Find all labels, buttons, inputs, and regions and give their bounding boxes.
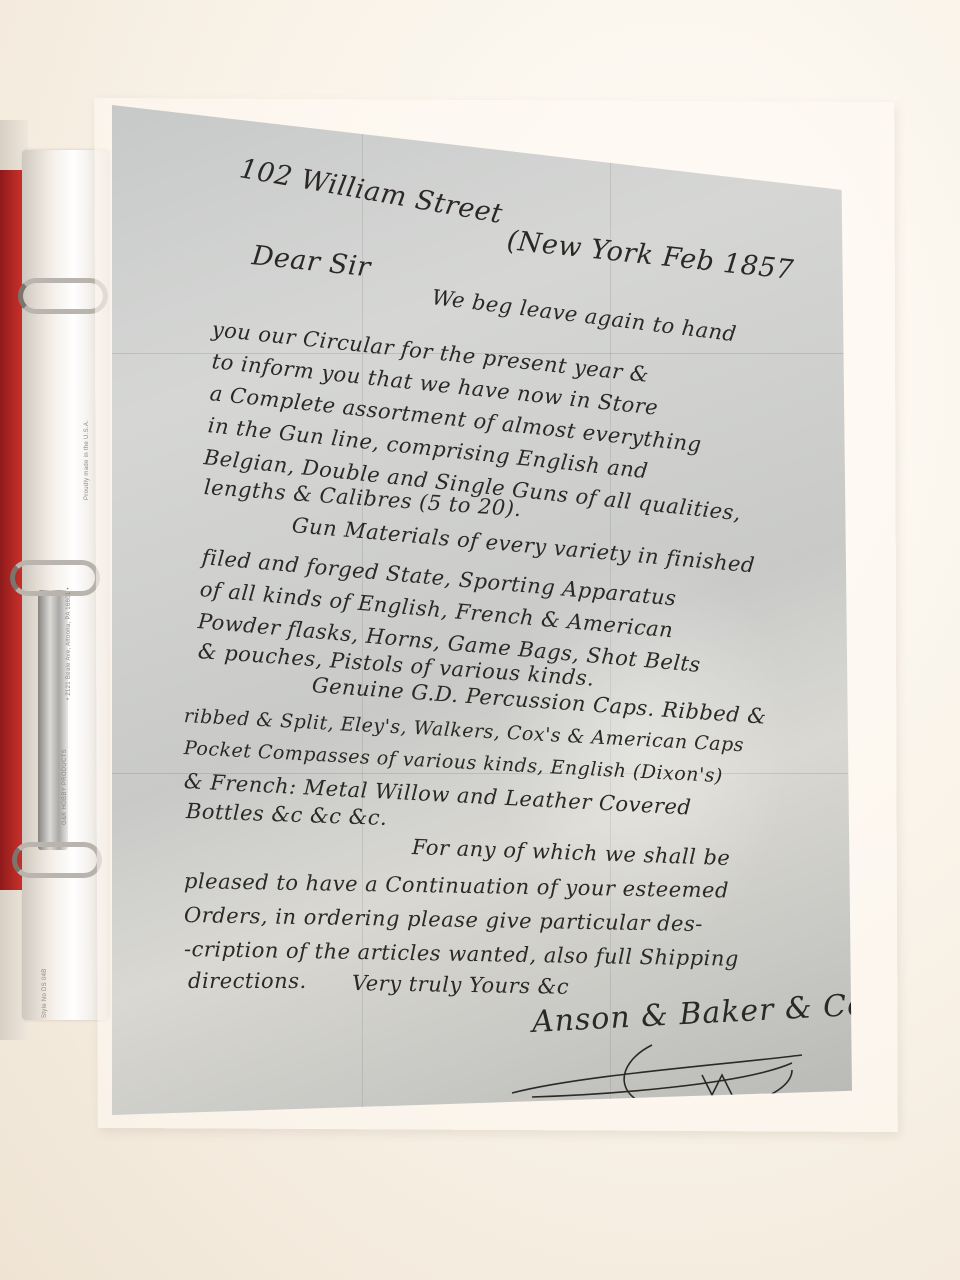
binder-ring-middle-icon[interactable] — [10, 560, 100, 596]
letter-address-line: 102 William Street — [237, 153, 505, 230]
letter-closing: Very truly Yours &c — [352, 971, 570, 999]
spine-made-in-label: Proudly made in the U.S.A. — [84, 420, 90, 500]
spine-style-label: Style No DS 04B — [42, 968, 48, 1018]
handwritten-letter: 102 William Street (New York Feb 1857 De… — [112, 105, 852, 1115]
spine-address-label: • 2121 Beale Ave, Altoona, PA 16601 • — [66, 587, 72, 700]
letter-line: We beg leave again to hand — [431, 285, 738, 346]
letter-place-date: (New York Feb 1857 — [505, 225, 795, 286]
letter-salutation: Dear Sir — [250, 240, 372, 283]
letter-line: Bottles &c &c &c. — [186, 799, 388, 830]
spine-brand-label: G&K HOBBY PRODUCTS — [62, 749, 68, 825]
binder-ring-bottom-icon[interactable] — [12, 842, 102, 878]
letter-line: directions. — [188, 969, 307, 993]
